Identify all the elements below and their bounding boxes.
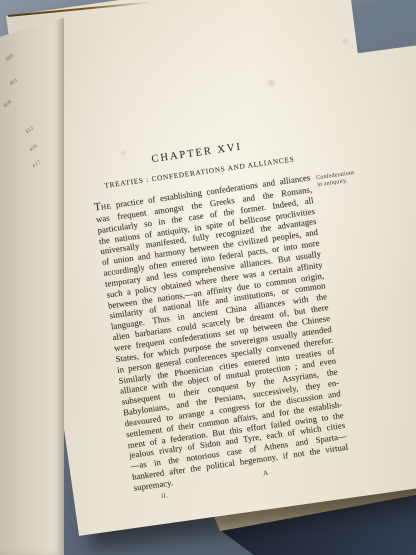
edge-page-number: 416 (28, 143, 39, 153)
body-text: THE practice of establishing confederati… (94, 172, 351, 493)
gathering-signature: A (262, 469, 268, 478)
edge-page-number: 412 (24, 125, 35, 135)
book-photo: 389401404412416417 CHAPTER XVI TREATIES … (0, 0, 416, 555)
edge-page-number: 389 (4, 53, 15, 63)
edge-page-number: 401 (8, 77, 19, 87)
edge-page-number: 417 (31, 159, 42, 169)
edge-page-number: 404 (2, 99, 13, 109)
page-content: CHAPTER XVI TREATIES : CONFEDERATIONS AN… (88, 121, 416, 519)
volume-signature: II. (161, 492, 169, 500)
foxing-spot (343, 39, 349, 45)
page-stack-edges: 389401404412416417 (0, 0, 64, 555)
foxing-spot (267, 79, 275, 86)
small-caps-opening: HE (101, 202, 112, 211)
margin-note: Confederationsin antiquity. (316, 166, 387, 190)
foxing-spot (121, 151, 126, 156)
